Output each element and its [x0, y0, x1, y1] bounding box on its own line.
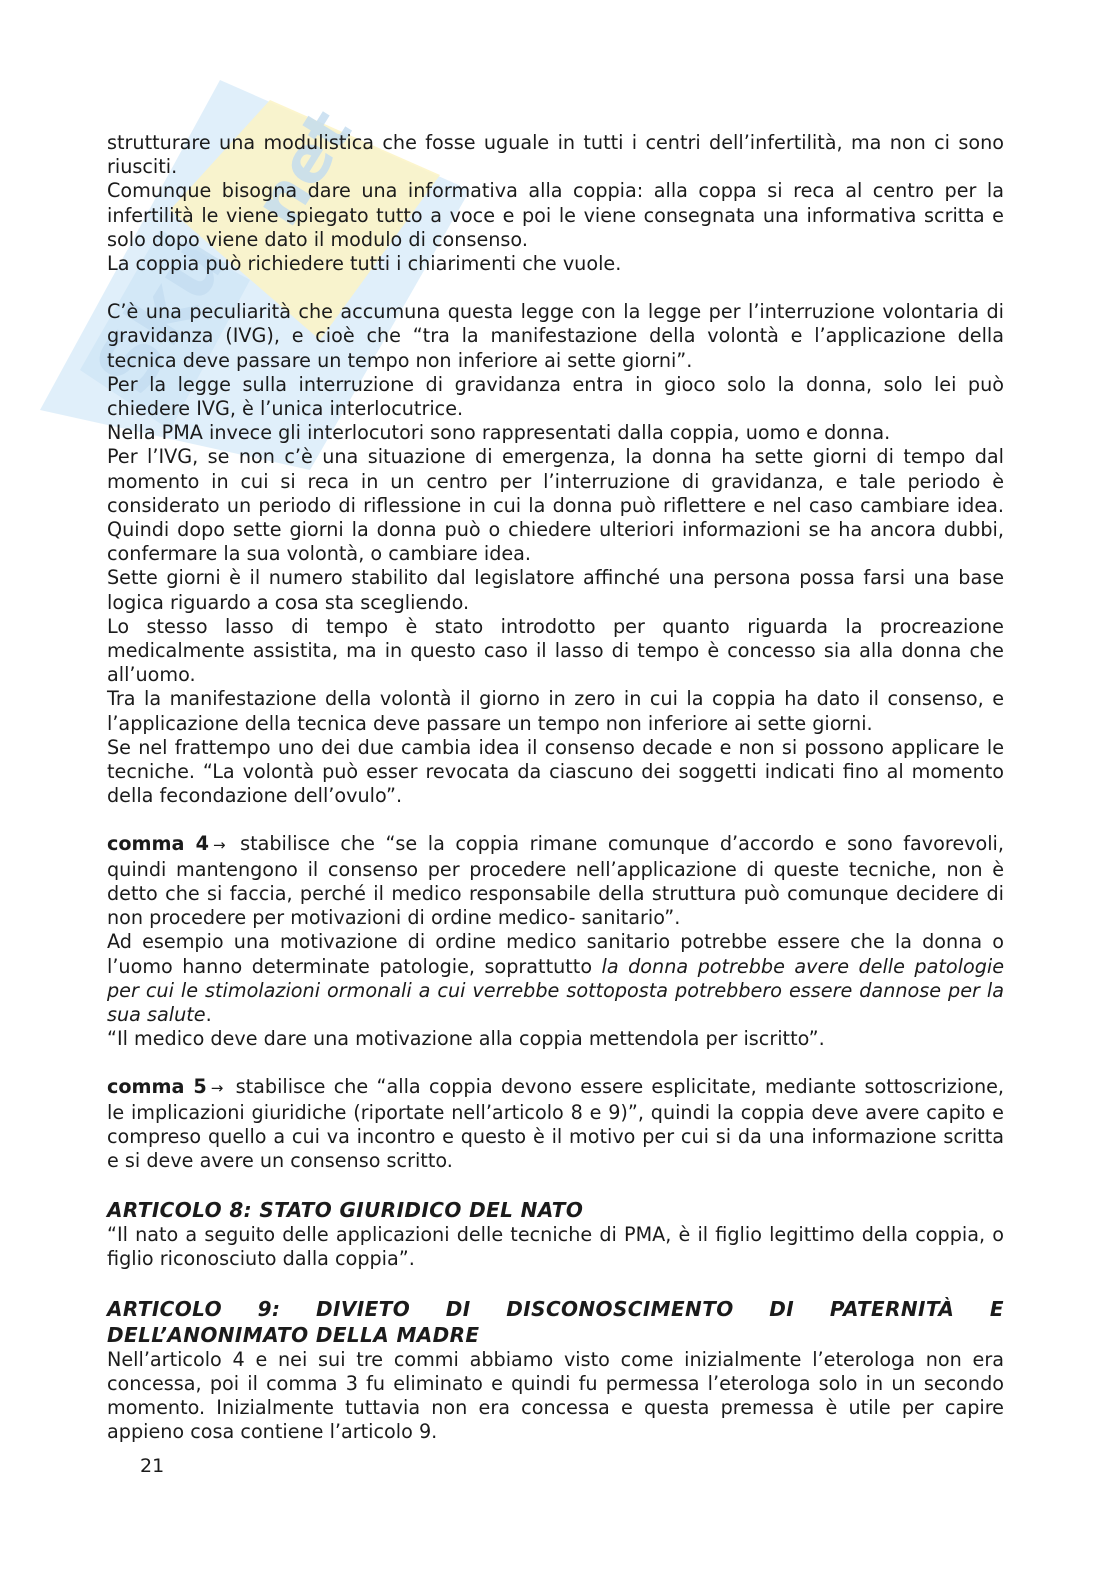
comma-5-text: stabilisce che “alla coppia devono esser… — [107, 1075, 1004, 1172]
comma-4-paragraph: comma 4→ stabilisce che “se la coppia ri… — [107, 832, 1004, 930]
comma-5-label: comma 5 — [107, 1075, 207, 1098]
paragraph: Per l’IVG, se non c’è una situazione di … — [107, 445, 1004, 566]
paragraph: strutturare una modulistica che fosse ug… — [107, 131, 1004, 179]
document-page: net Sku strutturare una modulistica che … — [0, 0, 1116, 1579]
comma-4-quote: “Il medico deve dare una motivazione all… — [107, 1027, 1004, 1051]
paragraph: Lo stesso lasso di tempo è stato introdo… — [107, 615, 1004, 688]
articolo-8-heading: ARTICOLO 8: STATO GIURIDICO DEL NATO — [107, 1197, 1004, 1223]
paragraph: C’è una peculiarità che accumuna questa … — [107, 300, 1004, 373]
arrow-right-icon: → — [207, 1079, 228, 1097]
paragraph: Nella PMA invece gli interlocutori sono … — [107, 421, 1004, 445]
comma-4-example: Ad esempio una motivazione di ordine med… — [107, 930, 1004, 1027]
comma-4-text: stabilisce che “se la coppia rimane comu… — [107, 832, 1004, 929]
paragraph: Tra la manifestazione della volontà il g… — [107, 687, 1004, 735]
paragraph: Per la legge sulla interruzione di gravi… — [107, 373, 1004, 421]
paragraph: Comunque bisogna dare una informativa al… — [107, 179, 1004, 252]
articolo-9-heading: ARTICOLO 9: DIVIETO DI DISCONOSCIMENTO D… — [107, 1296, 1004, 1348]
paragraph: Sette giorni è il numero stabilito dal l… — [107, 566, 1004, 614]
paragraph: Se nel frattempo uno dei due cambia idea… — [107, 736, 1004, 809]
comma-4-label: comma 4 — [107, 832, 209, 855]
document-body: strutturare una modulistica che fosse ug… — [107, 131, 1004, 1444]
paragraph: La coppia può richiedere tutti i chiarim… — [107, 252, 1004, 276]
page-number: 21 — [140, 1455, 164, 1477]
comma-5-paragraph: comma 5→ stabilisce che “alla coppia dev… — [107, 1075, 1004, 1173]
articolo-8-text: “Il nato a seguito delle applicazioni de… — [107, 1223, 1004, 1271]
articolo-9-text: Nell’articolo 4 e nei sui tre commi abbi… — [107, 1348, 1004, 1445]
arrow-right-icon: → — [209, 836, 230, 854]
